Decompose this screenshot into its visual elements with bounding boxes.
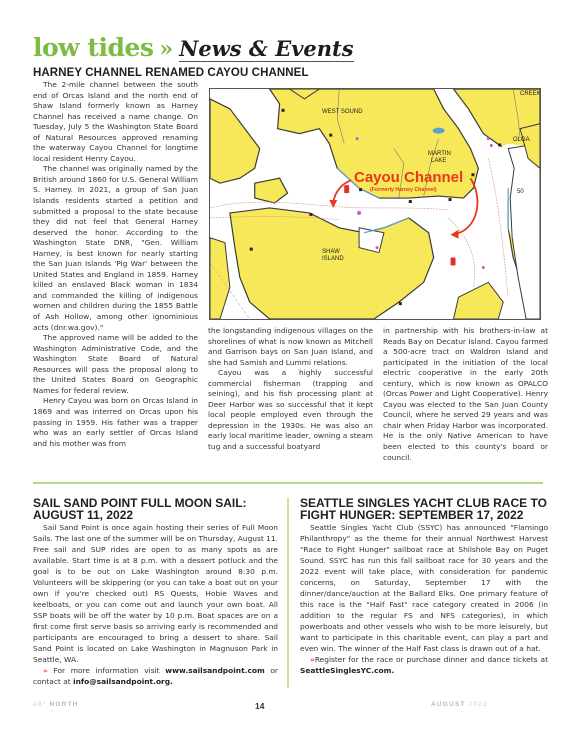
paragraph: The approved name will be added to the W… xyxy=(33,333,198,396)
section-kicker: low tides xyxy=(33,33,153,62)
map-label-shaw: SHAW xyxy=(322,249,340,256)
paragraph: Cayou was a highly successful commercial… xyxy=(208,368,373,452)
footer-month: AUGUST xyxy=(431,701,466,708)
website-link[interactable]: SeattleSinglesYC.com. xyxy=(300,666,394,675)
map-label-island: ISLAND xyxy=(322,256,344,263)
article-body-sail-sand-point: Sail Sand Point is once again hosting th… xyxy=(33,522,278,687)
column-divider xyxy=(287,498,289,688)
cta-text: For more information visit xyxy=(53,666,165,675)
map-label-west-sound: WEST SOUND xyxy=(322,109,363,116)
footer-issue-date: AUGUST 2022 xyxy=(431,701,488,708)
paragraph: Henry Cayou was born on Orcas Island in … xyxy=(33,396,198,449)
section-title: News & Events xyxy=(179,38,353,62)
map-label-martin: MARTIN xyxy=(428,151,451,158)
page-number: 14 xyxy=(255,701,264,711)
cta-paragraph: » For more information visit www.sailsan… xyxy=(33,665,278,687)
page-header: low tides » News & Events xyxy=(33,33,354,63)
paragraph: Seattle Singles Yacht Club (SSYC) has an… xyxy=(300,522,548,654)
article-column-3: in partnership with his brothers-in-law … xyxy=(383,326,548,463)
cayou-channel-map: WEST SOUND MARTIN LAKE OLGA CREEK SHAW I… xyxy=(209,88,541,320)
paragraph: in partnership with his brothers-in-law … xyxy=(383,326,548,463)
nautical-chart-graphic xyxy=(210,89,540,319)
cta-paragraph: »Register for the race or purchase dinne… xyxy=(300,654,548,676)
paragraph: The channel was originally named by the … xyxy=(33,164,198,333)
paragraph: the longstanding indigenous villages on … xyxy=(208,326,373,368)
paragraph: Sail Sand Point is once again hosting th… xyxy=(33,522,278,665)
article-headline-sail-sand-point: SAIL SAND POINT FULL MOON SAIL: AUGUST 1… xyxy=(33,497,283,521)
chevron-right-icon: » xyxy=(159,36,173,62)
website-link[interactable]: www.sailsandpoint.com xyxy=(165,666,265,675)
footer-degree: 48° xyxy=(33,701,46,708)
map-label-olga: OLGA xyxy=(513,137,530,144)
article-body-ssyc-race: Seattle Singles Yacht Club (SSYC) has an… xyxy=(300,522,548,676)
article-headline-ssyc-race: SEATTLE SINGLES YACHT CLUB RACE TO FIGHT… xyxy=(300,497,560,521)
article-column-1: The 2-mile channel between the south end… xyxy=(33,80,198,449)
footer-publication: 48° NORTH xyxy=(33,701,79,708)
footer-north: NORTH xyxy=(46,701,78,708)
article-headline-cayou: HARNEY CHANNEL RENAMED CAYOU CHANNEL xyxy=(33,67,309,79)
map-label-lake: LAKE xyxy=(431,158,446,165)
email-link[interactable]: info@sailsandpoint.org. xyxy=(73,677,173,686)
map-title-cayou-channel: Cayou Channel xyxy=(354,169,463,186)
footer-year: 2022 xyxy=(466,701,488,708)
map-label-depth: 50 xyxy=(517,189,524,196)
cta-text: Register for the race or purchase dinner… xyxy=(315,655,548,664)
article-column-2: the longstanding indigenous villages on … xyxy=(208,326,373,453)
paragraph: The 2-mile channel between the south end… xyxy=(33,80,198,164)
chevron-right-icon: » xyxy=(43,666,48,675)
map-subtitle-formerly: (Formerly Harney Channel) xyxy=(370,187,437,193)
map-label-creek: CREEK xyxy=(520,91,541,98)
section-divider xyxy=(33,482,543,484)
